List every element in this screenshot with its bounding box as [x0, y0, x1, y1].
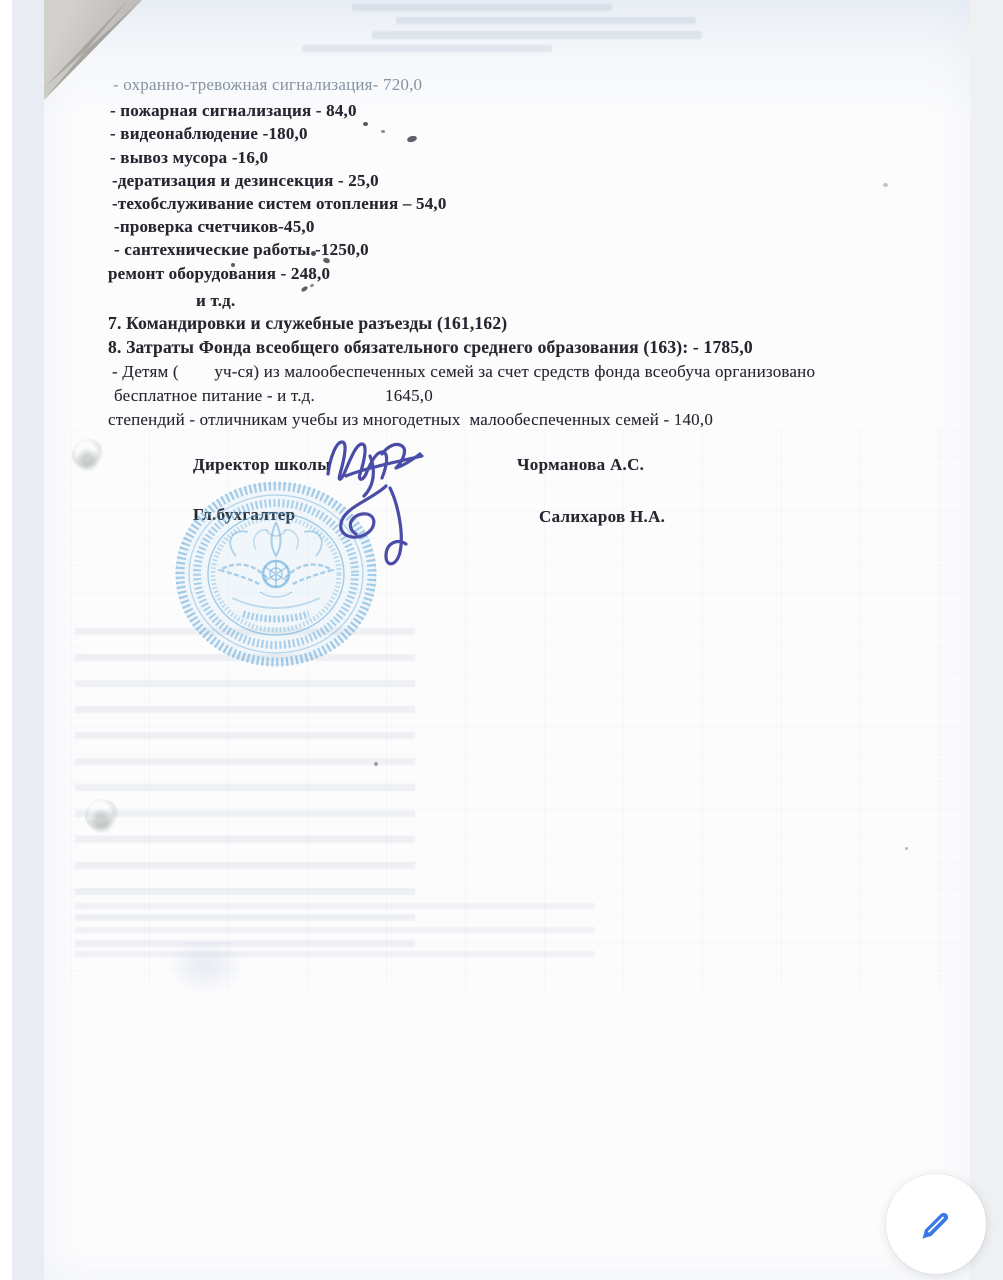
viewer-left-margin [0, 0, 12, 1280]
edit-fab-button[interactable] [886, 1174, 986, 1274]
expense-line: и т.д. [196, 291, 235, 311]
numbered-item: 8. Затраты Фонда всеобщего обязательного… [108, 337, 753, 357]
hole-punch-mark [72, 439, 104, 471]
fund-detail-line: - Детям ( уч-ся) из малообеспеченных сем… [112, 362, 815, 382]
expense-line: - видеонаблюдение -180,0 [110, 124, 308, 144]
fund-amount: 1645,0 [385, 386, 433, 406]
expense-line: - сантехнические работы -1250,0 [114, 240, 369, 260]
viewer-background-right [970, 0, 1003, 1280]
expense-line: - охранно-тревожная сигнализация- 720,0 [113, 75, 422, 95]
fund-detail-line: степендий - отличникам учебы из многодет… [108, 410, 713, 430]
numbered-item: 7. Командировки и служебные разъезды (16… [108, 313, 507, 333]
expense-line: ремонт оборудования - 248,0 [108, 264, 330, 284]
signature-name: Чорманова А.С. [517, 455, 644, 475]
signature-name: Салихаров Н.А. [539, 507, 665, 527]
viewer-background-left [12, 0, 44, 1280]
fund-detail-line: бесплатное питание - и т.д. [114, 386, 315, 406]
expense-line: -техобслуживание систем отопления – 54,0 [112, 194, 447, 214]
handwritten-signature-ink [300, 430, 440, 580]
expense-line: - вывоз мусора -16,0 [110, 148, 268, 168]
expense-line: -дератизация и дезинсекция - 25,0 [112, 171, 379, 191]
expense-line: - пожарная сигнализация - 84,0 [110, 101, 357, 121]
hole-punch-mark [85, 799, 119, 833]
expense-line: -проверка счетчиков-45,0 [114, 217, 315, 237]
image-viewer-screen: - охранно-тревожная сигнализация- 720,0 … [0, 0, 1003, 1280]
pencil-edit-icon [913, 1201, 959, 1247]
